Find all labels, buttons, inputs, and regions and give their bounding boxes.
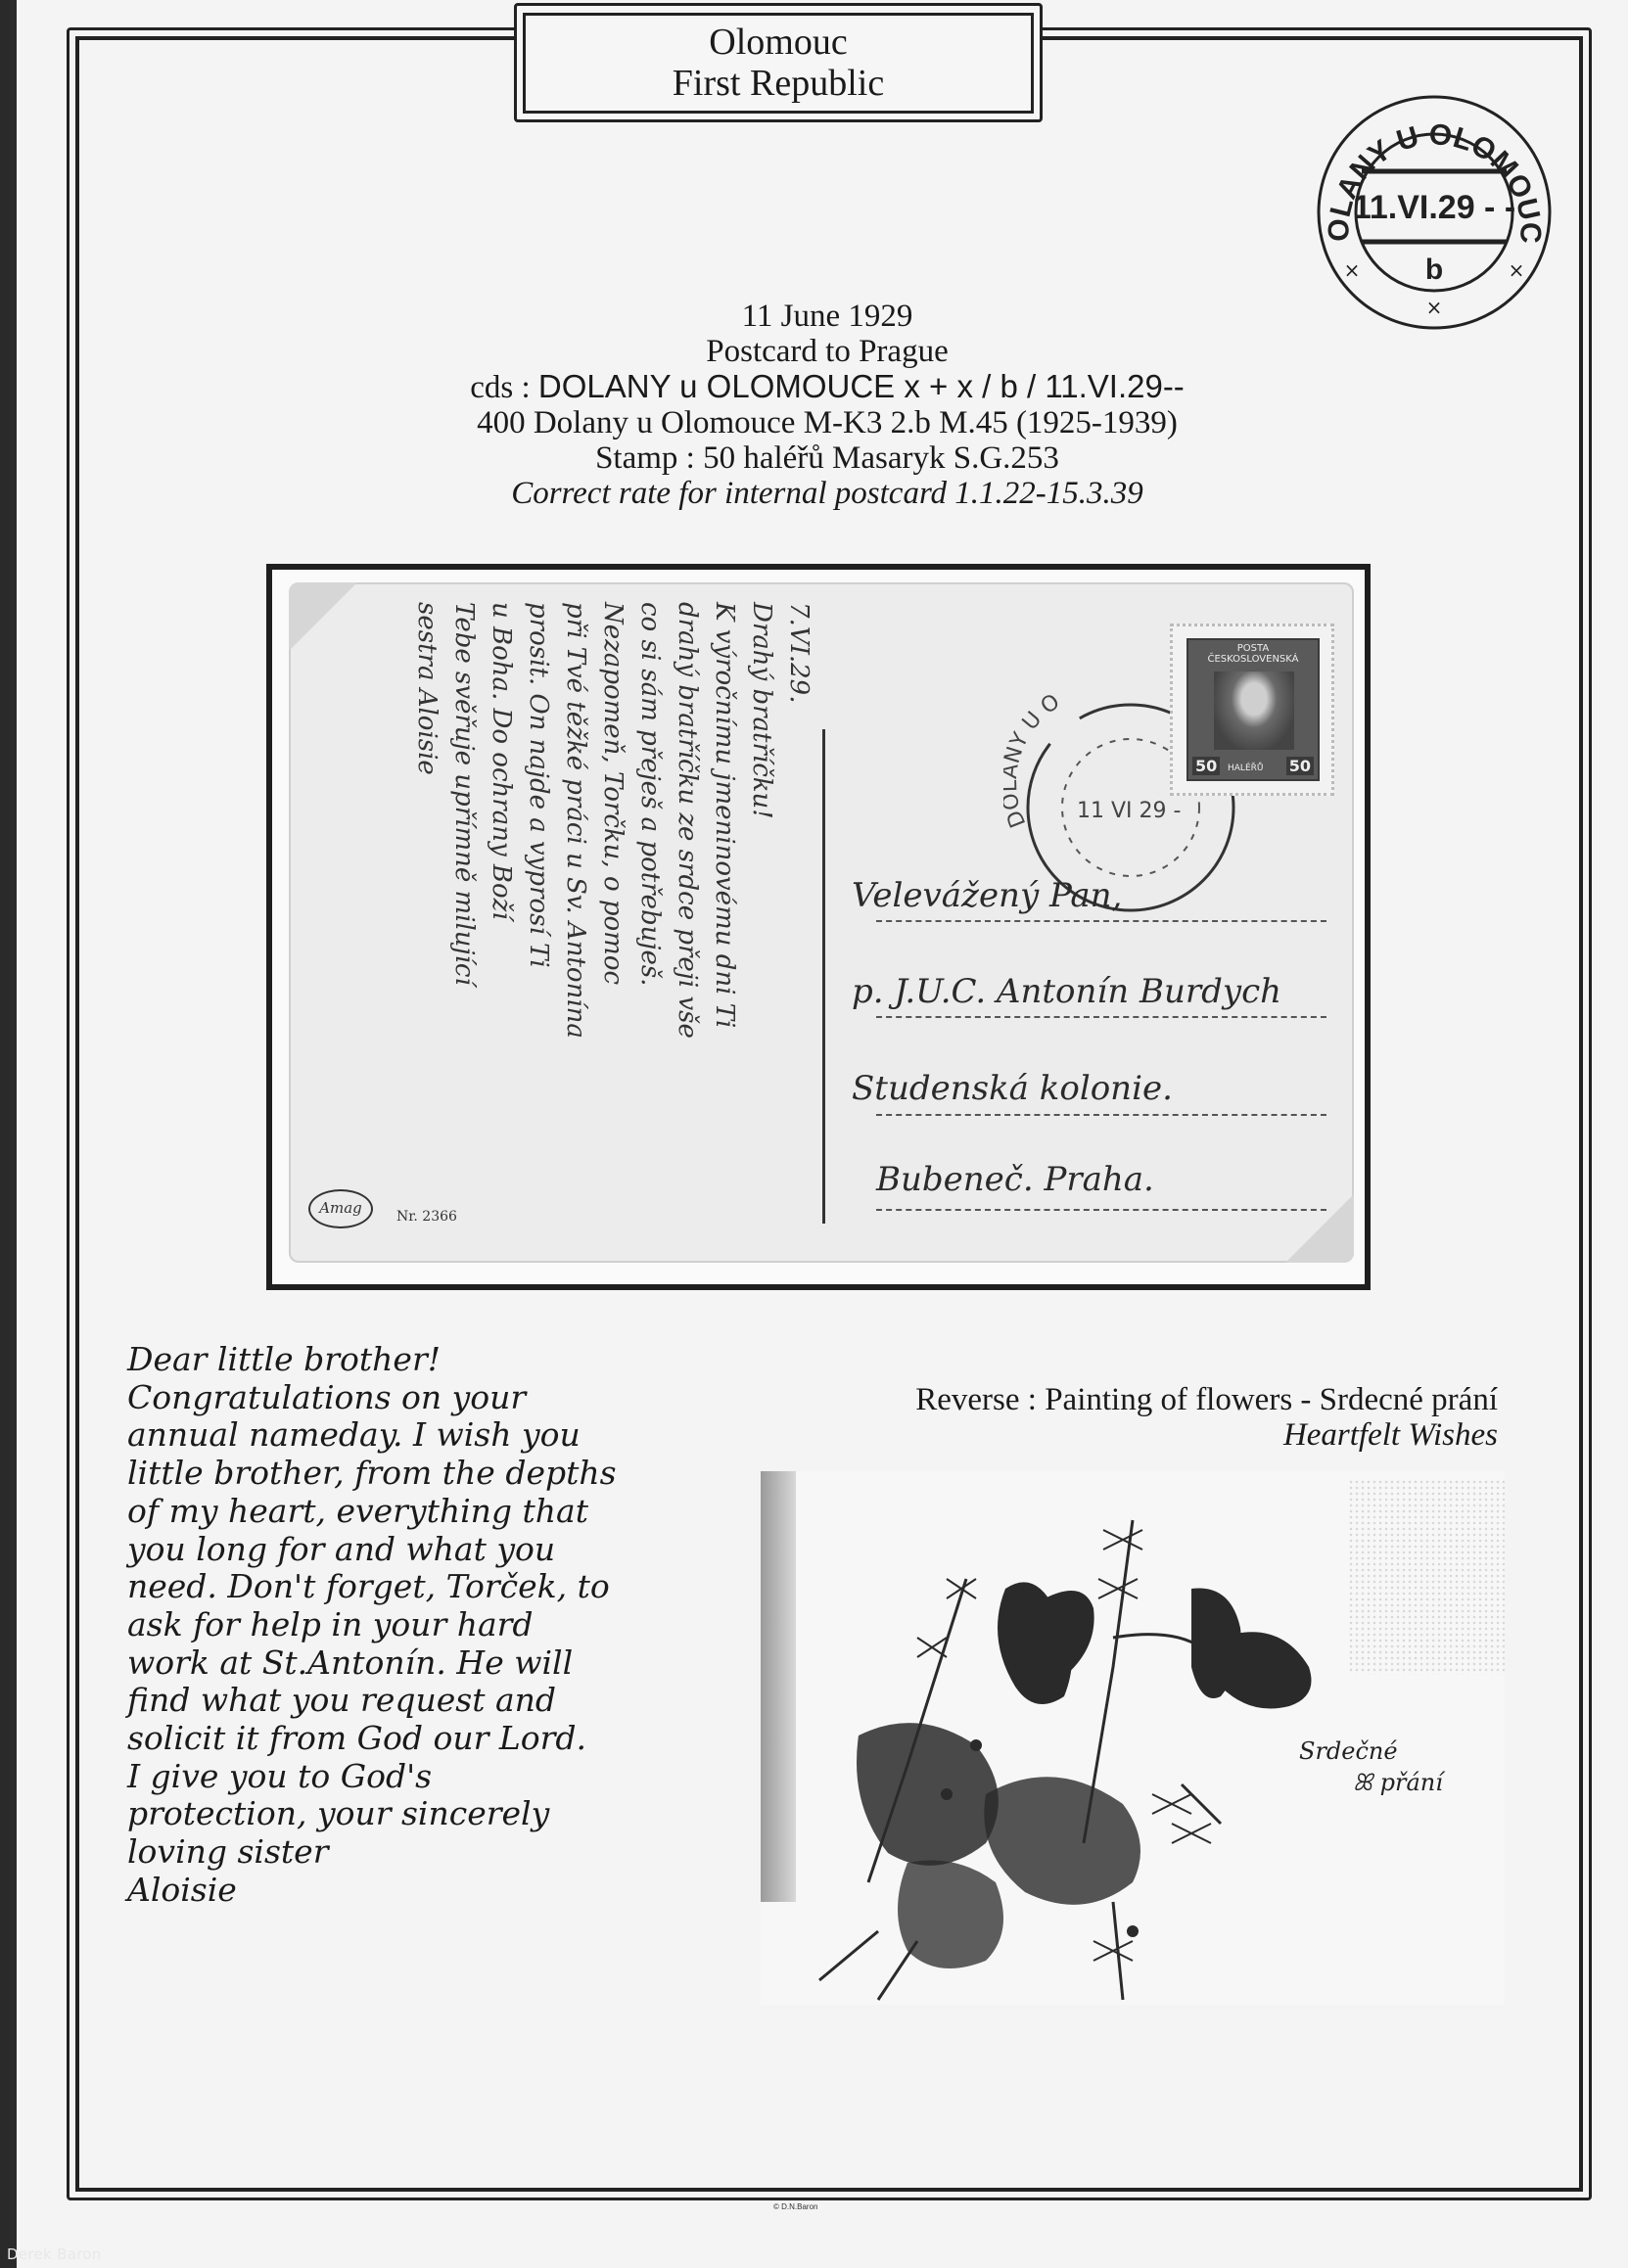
translation-line: of my heart, everything that [127,1493,675,1531]
postmark-icon: DOLANY U OLOMOUCE 11.VI.29 - - b × × × [1315,93,1555,333]
item-date: 11 June 1929 [294,299,1361,334]
svg-text:×: × [1344,258,1361,282]
translation-line: loving sister [127,1833,675,1872]
translation-line: need. Don't forget, Torček, to [127,1568,675,1606]
office-reference: 400 Dolany u Olomouce M-K3 2.b M.45 (192… [294,405,1361,440]
cds-line: cds : DOLANY u OLOMOUCE x + x / b / 11.V… [294,369,1361,405]
stamp-value: 50 [1192,757,1220,775]
translation-line: protection, your sincerely [127,1795,675,1833]
stamp-posta: POSTA [1188,643,1318,654]
reverse-caption: Reverse : Painting of flowers - Srdecné … [773,1382,1498,1453]
address-rule [876,1114,1326,1116]
stamp-country: ČESKOSLOVENSKÁ [1188,654,1318,665]
translation-line: Aloisie [127,1872,675,1910]
address-line: Studenská kolonie. [852,1069,1173,1108]
translation-line: find what you request and [127,1682,675,1720]
translation-line: work at St.Antonín. He will [127,1644,675,1683]
stamp-value: 50 [1286,757,1314,775]
translation-line: ask for help in your hard [127,1606,675,1644]
translation-line: little brother, from the depths [127,1455,675,1493]
svg-text:11.VI.29 - -: 11.VI.29 - - [1353,189,1515,226]
message-line: prosit. On najde a vyprosí Ti [520,602,557,1238]
address-line: p. J.U.C. Antonín Burdych [852,972,1281,1011]
reverse-description: Reverse : Painting of flowers - Srdecné … [773,1382,1498,1417]
rate-note: Correct rate for internal postcard 1.1.2… [294,476,1361,511]
cds-value: DOLANY u OLOMOUCE x + x / b / 11.VI.29-- [538,368,1185,404]
message-line: 7.VI.29. [780,602,817,1238]
message-line: Nezapomeň, Torčku, o pomoc [594,602,631,1238]
message-line: drahý bratříčku ze srdce přeji vše [669,602,706,1238]
svg-text:DOLANY U O: DOLANY U O [1003,690,1064,831]
translation-line: annual nameday. I wish you [127,1416,675,1455]
greeting-line: Srdečné [1299,1736,1443,1767]
handwritten-message: 7.VI.29. Drahý bratříčku! K výročnímu jm… [318,602,808,1238]
message-line: sestra Aloisie [408,602,445,1238]
greeting-line: ꕤ přání [1299,1767,1443,1798]
address-rule [876,1209,1326,1211]
stamp-description: Stamp : 50 haléřů Masaryk S.G.253 [294,440,1361,476]
message-line: při Tvé těžké práci u Sv. Antonína [557,602,594,1238]
copyright: © D.N.Baron [773,2202,817,2211]
stamp-currency: HALÉŘŮ [1228,764,1263,773]
address-line: Bubeneč. Praha. [876,1160,1154,1199]
address-divider [822,729,825,1224]
svg-text:×: × [1509,258,1525,282]
address-rule [876,920,1326,922]
translation-line: you long for and what you [127,1531,675,1569]
message-translation: Dear little brother! Congratulations on … [127,1341,675,1910]
item-type: Postcard to Prague [294,334,1361,369]
item-description: 11 June 1929 Postcard to Prague cds : DO… [294,299,1361,511]
svg-text:b: b [1425,254,1443,286]
svg-text:11 VI 29 -: 11 VI 29 - [1077,799,1181,823]
postcard-front: 7.VI.29. Drahý bratříčku! K výročnímu jm… [289,582,1354,1263]
address-line: Velevážený Pan, [852,876,1122,915]
card-number: Nr. 2366 [396,1209,457,1225]
ornament-icon: ꕤ [1353,1769,1372,1796]
translation-line: Dear little brother! [127,1341,675,1379]
translation-line: I give you to God's [127,1758,675,1796]
cds-prefix: cds : [470,370,538,405]
translation-line: Congratulations on your [127,1379,675,1417]
reverse-translation: Heartfelt Wishes [773,1417,1498,1453]
scan-edge-strip [0,0,17,2268]
photo-corner [1285,1194,1354,1263]
address-rule [876,1016,1326,1018]
title-box: Olomouc First Republic [523,13,1034,114]
message-line: u Boha. Do ochrany Boží [483,602,520,1238]
masaryk-portrait-icon [1214,671,1294,750]
page-subtitle: First Republic [526,63,1031,104]
postcard-reverse-image: Srdečné ꕤ přání [761,1471,1505,2005]
postage-stamp: POSTA ČESKOSLOVENSKÁ 50 HALÉŘŮ 50 [1170,624,1334,796]
reverse-greeting: Srdečné ꕤ přání [1299,1736,1443,1798]
message-line: Drahý bratříčku! [743,602,780,1238]
translation-line: solicit it from God our Lord. [127,1720,675,1758]
message-line: K výročnímu jmeninovému dni Ti [706,602,743,1238]
page-title: Olomouc [526,22,1031,63]
publisher-logo: Amag [308,1189,373,1228]
message-line: Tebe svěřuje upřímně milující [445,602,483,1238]
message-line: co si sám přeješ a potřebuješ. [631,602,669,1238]
watermark: Derek Baron [7,2245,102,2263]
svg-text:×: × [1426,296,1443,319]
